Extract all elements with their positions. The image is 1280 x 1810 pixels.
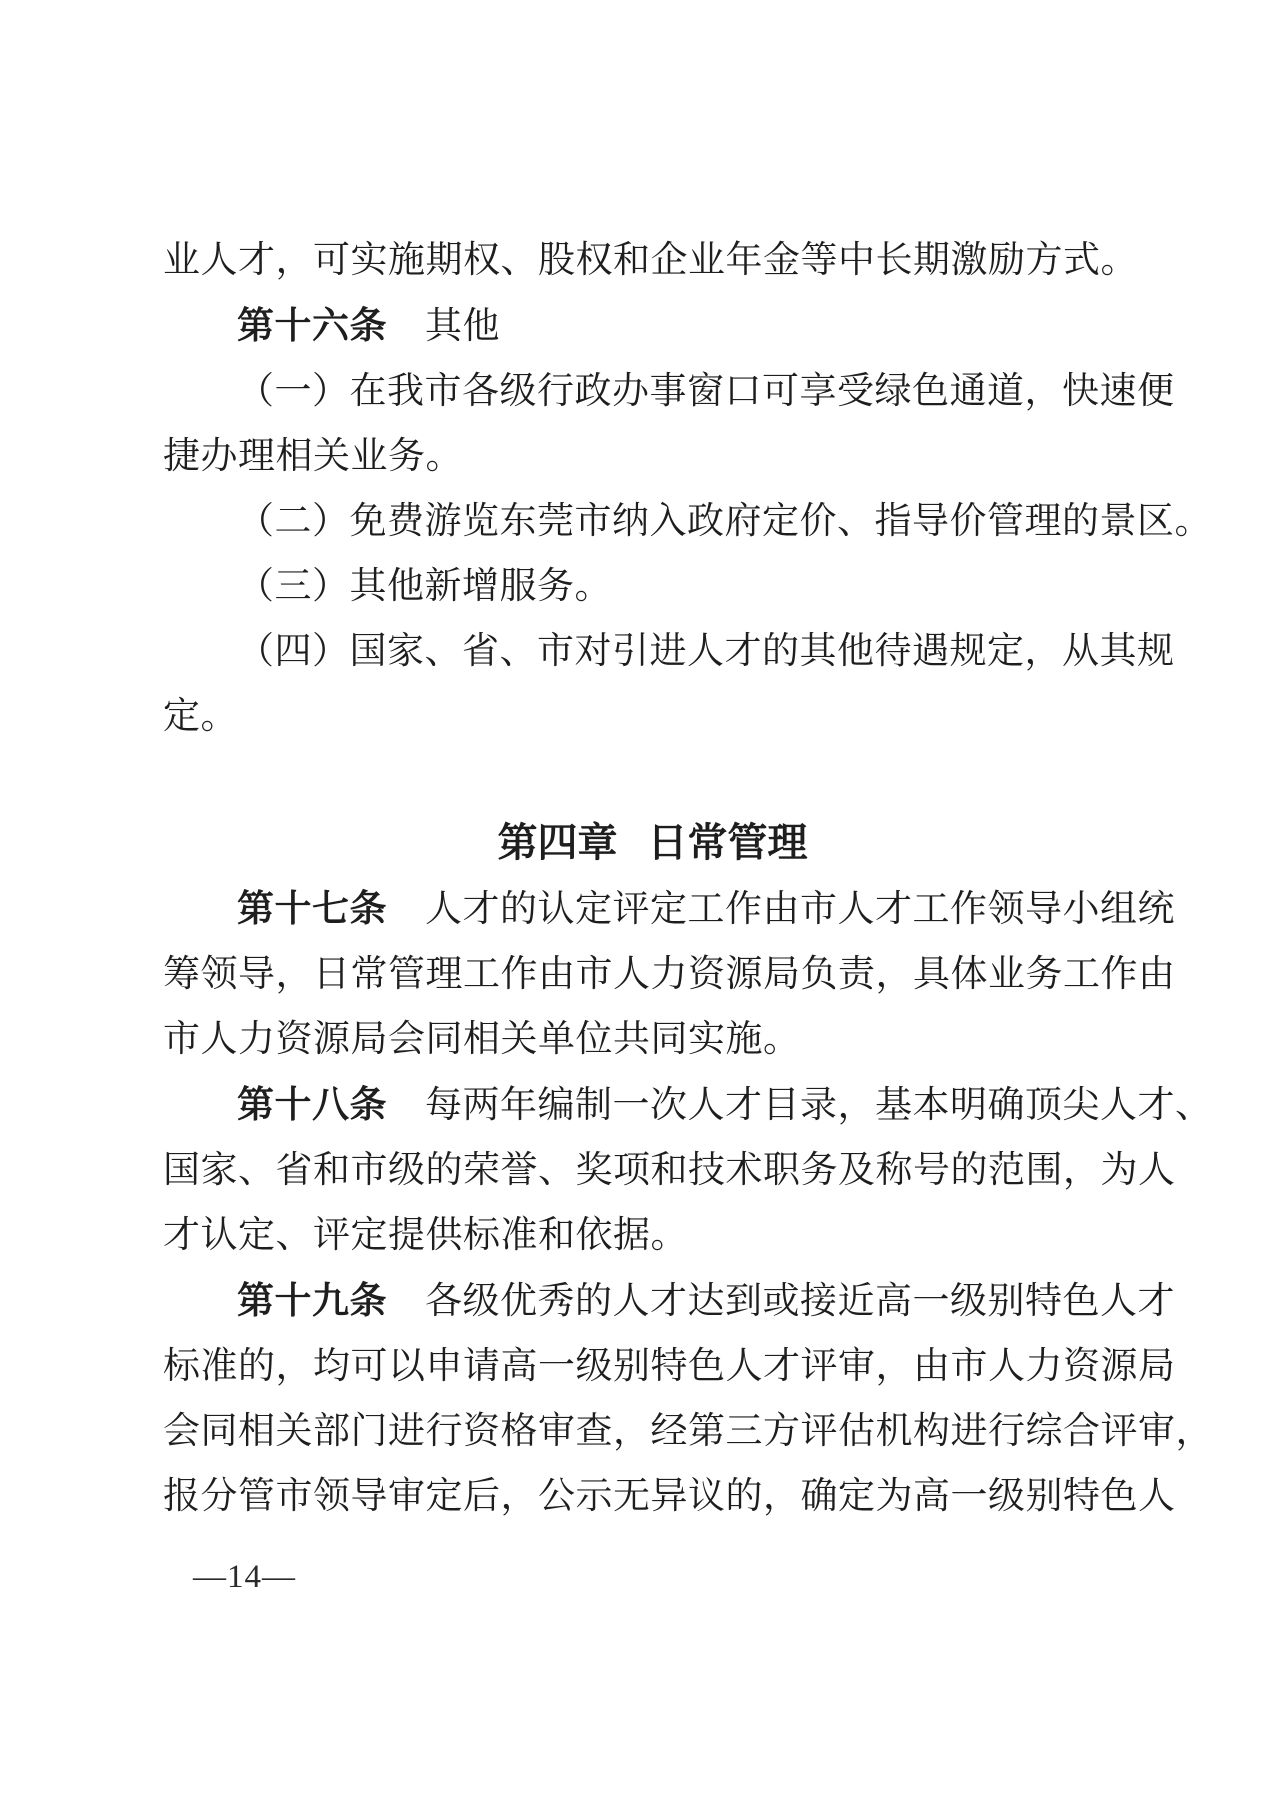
document-page: 业人才，可实施期权、股权和企业年金等中长期激励方式。 第十六条其他 （一）在我市…: [0, 0, 1280, 1810]
article-19-line-3: 会同相关部门进行资格审查，经第三方评估机构进行综合评审，: [163, 1399, 1142, 1464]
article-19-line-2: 标准的，均可以申请高一级别特色人才评审，由市人力资源局: [163, 1334, 1142, 1399]
article-16-item-2: （二）免费游览东莞市纳入政府定价、指导价管理的景区。: [163, 489, 1142, 554]
article-16-item-3: （三）其他新增服务。: [163, 554, 1142, 619]
article-17-label: 第十七条: [237, 888, 387, 929]
article-18-first-line: 每两年编制一次人才目录，基本明确顶尖人才、: [425, 1085, 1213, 1126]
chapter-4-title: 日常管理: [648, 821, 808, 865]
article-16-item-4-line-1: （四）国家、省、市对引进人才的其他待遇规定，从其规: [163, 619, 1142, 684]
article-17-opening-line: 第十七条人才的认定评定工作由市人才工作领导小组统: [163, 876, 1142, 942]
article-17-first-line: 人才的认定评定工作由市人才工作领导小组统: [425, 889, 1175, 930]
article-19-label: 第十九条: [237, 1280, 387, 1321]
article-16-title: 其他: [425, 306, 500, 347]
continuation-line: 业人才，可实施期权、股权和企业年金等中长期激励方式。: [163, 228, 1142, 293]
article-19-first-line: 各级优秀的人才达到或接近高一级别特色人才: [425, 1281, 1175, 1322]
article-17-line-3: 市人力资源局会同相关单位共同实施。: [163, 1007, 1142, 1072]
article-16-heading: 第十六条其他: [163, 293, 1142, 359]
article-17-line-2: 筹领导，日常管理工作由市人力资源局负责，具体业务工作由: [163, 942, 1142, 1007]
article-16-item-1-line-1: （一）在我市各级行政办事窗口可享受绿色通道，快速便: [163, 359, 1142, 424]
page-number: —14—: [163, 1547, 1142, 1607]
chapter-4-heading: 第四章日常管理: [163, 811, 1142, 876]
article-18-label: 第十八条: [237, 1084, 387, 1125]
article-19-line-4: 报分管市领导审定后，公示无异议的，确定为高一级别特色人: [163, 1464, 1142, 1529]
article-18-line-3: 才认定、评定提供标准和依据。: [163, 1203, 1142, 1268]
article-16-label: 第十六条: [237, 305, 387, 346]
article-16-item-1-line-2: 捷办理相关业务。: [163, 424, 1142, 489]
article-18-opening-line: 第十八条每两年编制一次人才目录，基本明确顶尖人才、: [163, 1072, 1142, 1138]
article-16-item-4-line-2: 定。: [163, 684, 1142, 749]
chapter-4-label: 第四章: [498, 821, 618, 865]
article-18-line-2: 国家、省和市级的荣誉、奖项和技术职务及称号的范围，为人: [163, 1138, 1142, 1203]
article-19-opening-line: 第十九条各级优秀的人才达到或接近高一级别特色人才: [163, 1268, 1142, 1334]
